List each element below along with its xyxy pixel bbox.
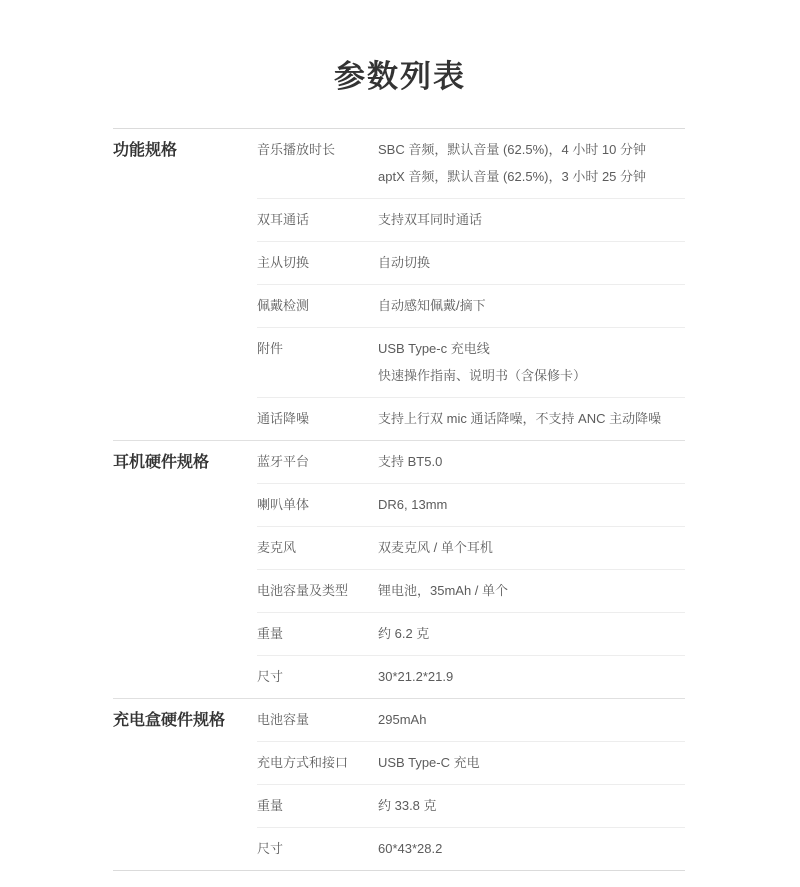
row-label: 尺寸 — [257, 840, 378, 858]
row-value: 295mAh — [378, 711, 685, 729]
section-rows: 音乐播放时长SBC 音频，默认音量 (62.5%)，4 小时 10 分钟aptX… — [257, 129, 685, 440]
spec-row: 麦克风双麦克风 / 单个耳机 — [257, 526, 685, 569]
row-value: 双麦克风 / 单个耳机 — [378, 539, 685, 557]
row-value-line: 双麦克风 / 单个耳机 — [378, 539, 685, 557]
spec-row: 佩戴检测自动感知佩戴/摘下 — [257, 284, 685, 327]
row-value-line: 支持双耳同时通话 — [378, 211, 685, 229]
row-value: DR6, 13mm — [378, 496, 685, 514]
spec-row: 主从切换自动切换 — [257, 241, 685, 284]
section-rows: 电池容量295mAh充电方式和接口USB Type-C 充电重量约 33.8 克… — [257, 699, 685, 870]
row-value-line: 30*21.2*21.9 — [378, 668, 685, 686]
row-value-line: DR6, 13mm — [378, 496, 685, 514]
row-value-line: 支持 BT5.0 — [378, 453, 685, 471]
page-title: 参数列表 — [0, 58, 800, 96]
row-label: 电池容量及类型 — [257, 582, 378, 600]
row-value-line: SBC 音频，默认音量 (62.5%)，4 小时 10 分钟 — [378, 141, 685, 159]
row-value-line: 60*43*28.2 — [378, 840, 685, 858]
row-label: 重量 — [257, 625, 378, 643]
row-label: 双耳通话 — [257, 211, 378, 229]
row-value: 约 6.2 克 — [378, 625, 685, 643]
row-label: 音乐播放时长 — [257, 141, 378, 159]
row-value-line: 295mAh — [378, 711, 685, 729]
row-label: 尺寸 — [257, 668, 378, 686]
spec-row: 充电方式和接口USB Type-C 充电 — [257, 741, 685, 784]
spec-section: 充电盒硬件规格电池容量295mAh充电方式和接口USB Type-C 充电重量约… — [113, 698, 685, 870]
row-label: 电池容量 — [257, 711, 378, 729]
row-value: 自动切换 — [378, 254, 685, 272]
row-value-line: aptX 音频，默认音量 (62.5%)，3 小时 25 分钟 — [378, 168, 685, 186]
row-value: 支持双耳同时通话 — [378, 211, 685, 229]
row-value-line: 支持上行双 mic 通话降噪，不支持 ANC 主动降噪 — [378, 410, 685, 428]
row-value: 约 33.8 克 — [378, 797, 685, 815]
row-label: 通话降噪 — [257, 410, 378, 428]
spec-row: 双耳通话支持双耳同时通话 — [257, 198, 685, 241]
row-value-line: 锂电池，35mAh / 单个 — [378, 582, 685, 600]
row-value: 30*21.2*21.9 — [378, 668, 685, 686]
spec-row: 喇叭单体DR6, 13mm — [257, 483, 685, 526]
spec-row: 重量约 6.2 克 — [257, 612, 685, 655]
row-value-line: 快速操作指南、说明书（含保修卡） — [378, 367, 685, 385]
row-value-line: USB Type-c 充电线 — [378, 340, 685, 358]
row-value: SBC 音频，默认音量 (62.5%)，4 小时 10 分钟aptX 音频，默认… — [378, 141, 685, 186]
spec-section: 耳机硬件规格蓝牙平台支持 BT5.0喇叭单体DR6, 13mm麦克风双麦克风 /… — [113, 440, 685, 698]
spec-row: 电池容量及类型锂电池，35mAh / 单个 — [257, 569, 685, 612]
row-value: 支持上行双 mic 通话降噪，不支持 ANC 主动降噪 — [378, 410, 685, 428]
spec-row: 通话降噪支持上行双 mic 通话降噪，不支持 ANC 主动降噪 — [257, 397, 685, 440]
spec-row: 电池容量295mAh — [257, 699, 685, 741]
row-value-line: 约 6.2 克 — [378, 625, 685, 643]
row-label: 主从切换 — [257, 254, 378, 272]
row-value-line: 自动感知佩戴/摘下 — [378, 297, 685, 315]
spec-row: 尺寸30*21.2*21.9 — [257, 655, 685, 698]
row-label: 佩戴检测 — [257, 297, 378, 315]
row-label: 充电方式和接口 — [257, 754, 378, 772]
spec-row: 重量约 33.8 克 — [257, 784, 685, 827]
spec-row: 蓝牙平台支持 BT5.0 — [257, 441, 685, 483]
row-value-line: USB Type-C 充电 — [378, 754, 685, 772]
spec-table: 功能规格音乐播放时长SBC 音频，默认音量 (62.5%)，4 小时 10 分钟… — [113, 128, 685, 871]
section-rows: 蓝牙平台支持 BT5.0喇叭单体DR6, 13mm麦克风双麦克风 / 单个耳机电… — [257, 441, 685, 698]
row-value: USB Type-C 充电 — [378, 754, 685, 772]
section-title: 充电盒硬件规格 — [113, 699, 257, 870]
row-value: 60*43*28.2 — [378, 840, 685, 858]
row-value: 锂电池，35mAh / 单个 — [378, 582, 685, 600]
spec-row: 音乐播放时长SBC 音频，默认音量 (62.5%)，4 小时 10 分钟aptX… — [257, 129, 685, 198]
spec-row: 尺寸60*43*28.2 — [257, 827, 685, 870]
row-value: 自动感知佩戴/摘下 — [378, 297, 685, 315]
row-value: 支持 BT5.0 — [378, 453, 685, 471]
row-label: 蓝牙平台 — [257, 453, 378, 471]
row-value-line: 约 33.8 克 — [378, 797, 685, 815]
row-value-line: 自动切换 — [378, 254, 685, 272]
spec-section: 功能规格音乐播放时长SBC 音频，默认音量 (62.5%)，4 小时 10 分钟… — [113, 129, 685, 440]
row-label: 附件 — [257, 340, 378, 358]
row-label: 麦克风 — [257, 539, 378, 557]
row-label: 喇叭单体 — [257, 496, 378, 514]
spec-row: 附件USB Type-c 充电线快速操作指南、说明书（含保修卡） — [257, 327, 685, 397]
row-value: USB Type-c 充电线快速操作指南、说明书（含保修卡） — [378, 340, 685, 385]
section-title: 耳机硬件规格 — [113, 441, 257, 698]
section-title: 功能规格 — [113, 129, 257, 440]
row-label: 重量 — [257, 797, 378, 815]
